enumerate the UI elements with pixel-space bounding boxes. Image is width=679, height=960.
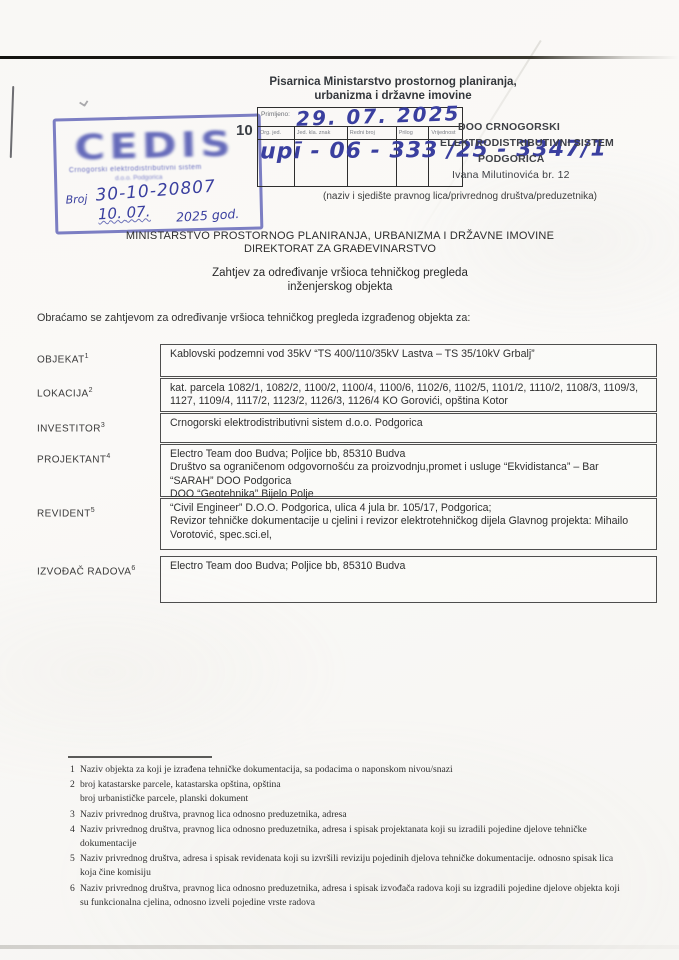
footnote-marker: 4 [70,823,80,851]
cedis-number-value: 30-10-20807 [95,176,217,205]
row-value-box: Kablovski podzemni vod 35kV “TS 400/110/… [160,344,657,377]
footnote-item: 4Naziv privrednog društva, pravnog lica … [70,823,628,851]
cedis-ink-stamp: CEDIS Crnogorski elektrodistributivni si… [53,113,264,234]
handwritten-page-number: 10 [236,122,253,139]
footnote-ref: 5 [91,507,95,514]
row-label: PROJEKTANT4 [37,450,149,466]
row-value-box: “Civil Engineer” D.O.O. Podgorica, ulica… [160,498,657,550]
pen-mark-check: ⌄ [72,83,111,116]
row-label: REVIDENT5 [37,504,149,520]
footnote-marker: 5 [70,852,80,880]
footnote-text: broj katastarske parcele, katastarska op… [80,778,281,806]
footnote-ref: 2 [89,387,93,394]
pen-mark-vertical [10,86,15,158]
request-title-line2: inženjerskog objekta [30,281,650,293]
footnote-text: Naziv privrednog društva, pravnog lica o… [80,808,347,822]
scanned-document-page: ⌄ CEDIS Crnogorski elektrodistributivni … [0,0,679,960]
registry-office-line1: Pisarnica Ministarstvo prostornog planir… [238,76,548,90]
row-value-box: Crnogorski elektrodistributivni sistem d… [160,413,657,443]
applicant-name-line2: ELEKTRODISTRIBUTIVNI SISTEM [440,137,614,149]
row-value-box: Electro Team doo Budva; Poljice bb, 8531… [160,444,657,497]
footnote-text: Naziv objekta za koji je izrađena tehnič… [80,763,453,777]
footnote-ref: 4 [106,453,110,460]
footnote-marker: 1 [70,763,80,777]
receipt-col-header: Org. jed. [258,127,295,139]
registry-office-header: Pisarnica Ministarstvo prostornog planir… [238,76,548,103]
scan-top-edge-line [0,56,679,59]
footnote-item: 5Naziv privrednog društva, adresa i spis… [70,852,628,880]
applicant-name-line3: PODGORICA [478,153,545,165]
row-value-line: kat. parcela 1082/1, 1082/2, 1100/2, 110… [170,382,648,395]
scan-bottom-shadow [0,945,679,949]
intro-sentence: Obraćamo se zahtjevom za određivanje vrš… [37,312,470,324]
row-value-box: Electro Team doo Budva; Poljice bb, 8531… [160,556,657,603]
ministry-title: MINISTARSTVO PROSTORNOG PLANIRANJA, URBA… [30,230,650,242]
footnote-marker: 2 [70,778,80,806]
applicant-address: Ivana Milutinovića br. 12 [452,169,570,181]
applicant-caption: (naziv i sjedište pravnog lica/privredno… [250,191,670,202]
row-label: LOKACIJA2 [37,384,149,400]
footnote-ref: 6 [131,565,135,572]
footnote-ref: 3 [101,422,105,429]
row-value-line: Društvo sa ograničenom odgovornošću za p… [170,461,648,474]
footnote-item: 6Naziv privrednog društva, pravnog lica … [70,882,628,910]
row-value-line: Electro Team doo Budva; Poljice bb, 8531… [170,560,648,573]
row-label: OBJEKAT1 [37,350,149,366]
footnote-separator-rule [68,756,212,758]
row-value-line: Vorotović, spec.sci.el, [170,529,648,542]
cedis-year-handwritten: 2025 god. [176,206,240,225]
row-value-line: Electro Team doo Budva; Poljice bb, 8531… [170,448,648,461]
footnote-text: Naziv privrednog društva, adresa i spisa… [80,852,628,880]
row-value-line: Kablovski podzemni vod 35kV “TS 400/110/… [170,348,648,361]
row-value-box: kat. parcela 1082/1, 1082/2, 1100/2, 110… [160,378,657,412]
request-title-line1: Zahtjev za određivanje vršioca tehničkog… [30,267,650,279]
row-label: IZVOĐAČ RADOVA6 [37,562,149,578]
footnote-text: Naziv privrednog društva, pravnog lica o… [80,823,628,851]
footnote-item: 2broj katastarske parcele, katastarska o… [70,778,628,806]
footnote-item: 3Naziv privrednog društva, pravnog lica … [70,808,628,822]
row-value-line: Revizor tehničke dokumentacije u cjelini… [170,515,648,528]
footnotes-block: 1Naziv objekta za koji je izrađena tehni… [70,763,628,911]
received-label: Primljeno: [261,111,290,118]
footnote-marker: 3 [70,808,80,822]
cedis-number-label: Broj [65,192,88,206]
registry-office-line2: urbanizma i državne imovine [238,90,548,104]
directorate-title: DIREKTORAT ZA GRAĐEVINARSTVO [30,243,650,255]
cedis-date-handwritten: 10. 07. [97,202,150,223]
cedis-logo: CEDIS [74,124,235,168]
footnote-ref: 1 [85,353,89,360]
footnote-text: Naziv privrednog društva, pravnog lica o… [80,882,628,910]
row-label: INVESTITOR3 [37,419,149,435]
row-value-line: “Civil Engineer” D.O.O. Podgorica, ulica… [170,502,648,515]
applicant-name-line1: DOO CRNOGORSKI [458,121,560,133]
row-value-line: “SARAH” DOO Podgorica [170,475,648,488]
footnote-marker: 6 [70,882,80,910]
footnote-item: 1Naziv objekta za koji je izrađena tehni… [70,763,628,777]
row-value-line: 1127, 1109/4, 1117/2, 1123/2, 1126/3, 11… [170,395,648,408]
row-value-line: Crnogorski elektrodistributivni sistem d… [170,417,648,430]
